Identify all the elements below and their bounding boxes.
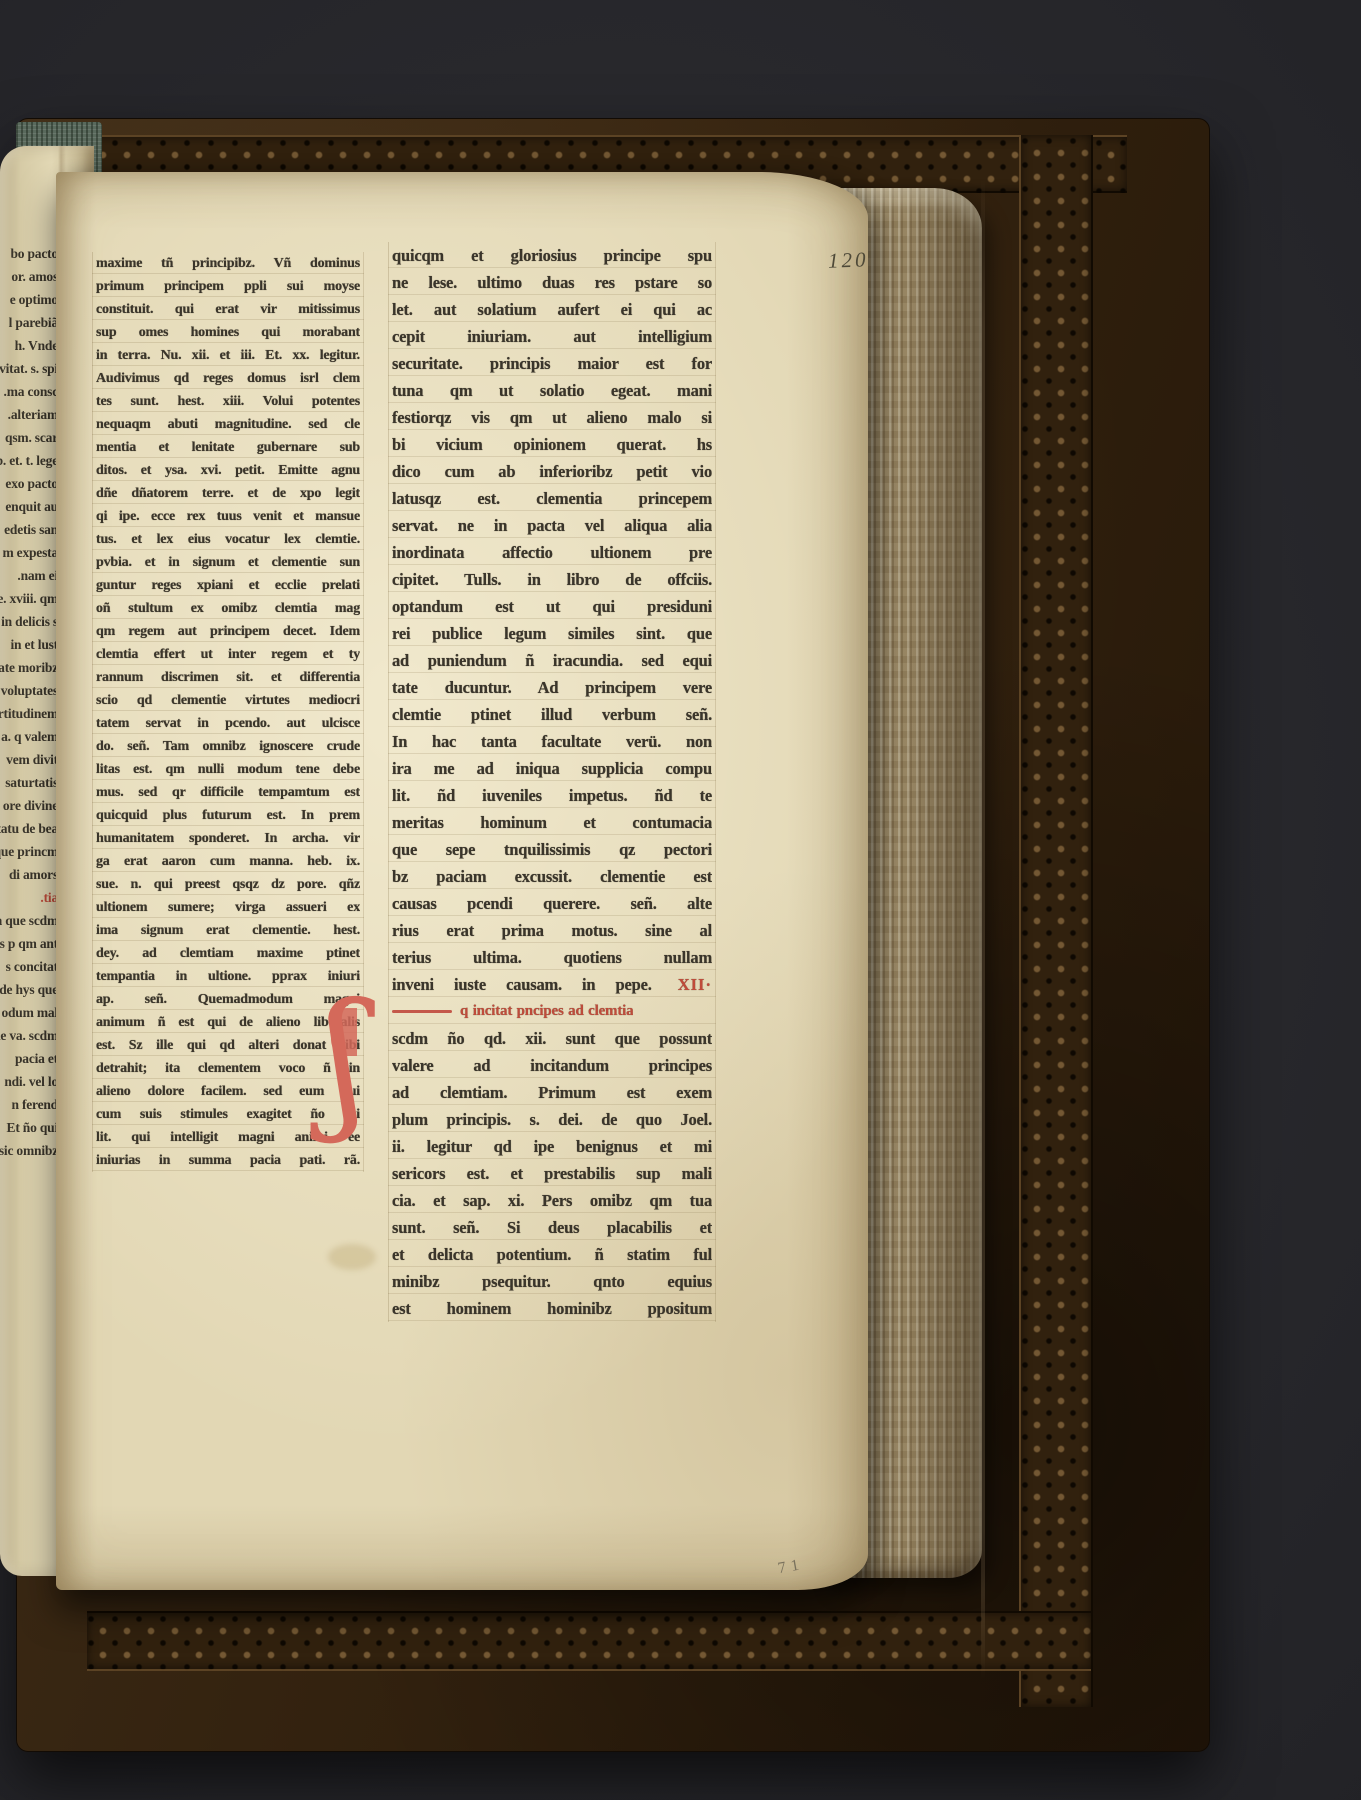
manuscript-text-line: animum ñ est qui de alieno liberalis <box>96 1011 360 1034</box>
page-stain <box>328 1244 376 1270</box>
manuscript-text-line: rei publice legum similes sint. que <box>392 620 712 647</box>
photo-backdrop: bo pactoor. amose optimol parebiãh. Vnde… <box>0 0 1361 1800</box>
manuscript-text-line: causas pcendi querere. señ. alte <box>392 890 712 917</box>
manuscript-text-line: mentia et lenitate gubernare sub <box>96 436 360 459</box>
manuscript-text-line: tatem servat in pcendo. aut ulcisce <box>96 712 360 735</box>
fragment-line: l parebiã <box>0 311 58 334</box>
manuscript-text-line: cipitet. Tulls. in libro de offciis. <box>392 566 712 593</box>
manuscript-text-line: mus. sed qr difficile tempamtum est <box>96 781 360 804</box>
manuscript-text-line: pvbia. et in signum et clementie sun <box>96 551 360 574</box>
fragment-line: ma consc. <box>0 380 58 403</box>
fragment-line: de hys que <box>0 978 58 1001</box>
manuscript-text-line: constituit. qui erat vir mitissimus <box>96 298 360 321</box>
manuscript-text-line: bz paciam excussit. clementie est <box>392 863 712 890</box>
fragment-line: sic omnibz <box>0 1139 58 1162</box>
manuscript-text-line: qm regem aut principem decet. Idem <box>96 620 360 643</box>
fragment-line: exo pacto <box>0 472 58 495</box>
fragment-line: saturtatis <box>0 771 58 794</box>
manuscript-text-line: sunt. señ. Si deus placabilis et <box>392 1214 712 1241</box>
manuscript-text-line: tempantia in ultione. pprax iniuri <box>96 965 360 988</box>
manuscript-text-line: nequaqm abuti magnitudine. sed cle <box>96 413 360 436</box>
fragment-line: ndi. vel lo <box>0 1070 58 1093</box>
manuscript-text-line: cum suis stimules exagitet ño psi <box>96 1103 360 1126</box>
fragment-line: is p qm ant <box>0 932 58 955</box>
fragment-line: Et ño qui <box>0 1116 58 1139</box>
fragment-line: tia. <box>0 886 58 909</box>
fragment-line: a que scdm <box>0 909 58 932</box>
manuscript-text-line: clemtia effert ut inter regem et ty <box>96 643 360 666</box>
manuscript-text-line: primum principem ppli sui moyse <box>96 275 360 298</box>
manuscript-text-line: tus. et lex eius vocatur lex clemtie. <box>96 528 360 551</box>
manuscript-text-line: ii. legitur qd ipe benignus et mi <box>392 1133 712 1160</box>
text-column-right: quicqm et gloriosius principe spune lese… <box>388 242 716 1322</box>
manuscript-text-line: scio qd clementie virtutes mediocri <box>96 689 360 712</box>
text-block-lower: scdm ño qd. xii. sunt que possuntvalere … <box>392 1025 712 1322</box>
manuscript-text-line: cia. et sap. xi. Pers omibz qm tua <box>392 1187 712 1214</box>
fragment-line: vitat. s. spi <box>0 357 58 380</box>
fragment-line: e. xviii. qm <box>0 587 58 610</box>
tooled-border-bottom <box>87 1611 1091 1671</box>
chapter-end-line: inveni iuste causam. in pepe. XII· <box>392 971 712 998</box>
fragment-line: m expesta <box>0 541 58 564</box>
fragment-line: alteriam. <box>0 403 58 426</box>
fragment-line: voluptates <box>0 679 58 702</box>
fragment-line: enquit au <box>0 495 58 518</box>
fragment-line: in delicis s <box>0 610 58 633</box>
previous-page-fragments: bo pactoor. amose optimol parebiãh. Vnde… <box>0 242 58 1162</box>
chapter-numeral: XII· <box>678 975 712 994</box>
manuscript-text-line: latusqz est. clementia princepem <box>392 485 712 512</box>
rubric-dash <box>392 1010 452 1013</box>
manuscript-text-line: quicquid plus futurum est. In prem <box>96 804 360 827</box>
manuscript-text-line: que sepe tnquilissimis qz pectori <box>392 836 712 863</box>
fragment-line: ate moribz <box>0 656 58 679</box>
manuscript-text-line: ne lese. ultimo duas res pstare so <box>392 269 712 296</box>
manuscript-text-line: In hac tanta facultate verü. non <box>392 728 712 755</box>
fragment-line: nam ei. <box>0 564 58 587</box>
manuscript-text-line: Audivimus qd reges domus isrl clem <box>96 367 360 390</box>
fragment-line: di amors <box>0 863 58 886</box>
manuscript-text-line: tes sunt. hest. xiii. Volui potentes <box>96 390 360 413</box>
fragment-line: s concitat <box>0 955 58 978</box>
manuscript-text-line: iniurias in summa pacia pati. rã. <box>96 1149 360 1172</box>
manuscript-text-line: humanitatem sponderet. In archa. vir <box>96 827 360 850</box>
text-column-left: maxime tñ principibz. Vñ dominusprimum p… <box>92 252 364 1172</box>
manuscript-text-line: maxime tñ principibz. Vñ dominus <box>96 252 360 275</box>
manuscript-text-line: in terra. Nu. xii. et iii. Et. xx. legit… <box>96 344 360 367</box>
fragment-line: b. et. t. lege <box>0 449 58 472</box>
manuscript-text-line: cepit iniuriam. aut intelligium <box>392 323 712 350</box>
manuscript-text-line: tuna qm ut solatio egeat. mani <box>392 377 712 404</box>
manuscript-text-line: ditos. et ysa. xvi. petit. Emitte agnu <box>96 459 360 482</box>
manuscript-text-line: lit. ñd iuveniles impetus. ñd te <box>392 782 712 809</box>
illuminated-initial: ʃ <box>325 984 366 1134</box>
manuscript-text-line: oñ stultum ex omibz clemtia mag <box>96 597 360 620</box>
fragment-line: odum mal <box>0 1001 58 1024</box>
manuscript-text-line: securitate. principis maior est for <box>392 350 712 377</box>
manuscript-text-line: inordinata affectio ultionem pre <box>392 539 712 566</box>
fragment-line: h. Vnde <box>0 334 58 357</box>
manuscript-text-line: ira me ad iniqua supplicia compu <box>392 755 712 782</box>
rubric-text: q incitat pncipes ad clemtia <box>460 998 633 1025</box>
fragment-line: vem divit <box>0 748 58 771</box>
manuscript-text-line: rius erat prima motus. sine al <box>392 917 712 944</box>
manuscript-text-line: dey. ad clemtiam maxime ptinet <box>96 942 360 965</box>
manuscript-text-line: est. Sz ille qui qd alteri donat sibi <box>96 1034 360 1057</box>
fragment-line: ore divine <box>0 794 58 817</box>
manuscript-text-line: meritas hominum et contumacia <box>392 809 712 836</box>
fragment-line: qsm. scar <box>0 426 58 449</box>
manuscript-text-line: tate ducuntur. Ad principem vere <box>392 674 712 701</box>
manuscript-text-line: terius ultima. quotiens nullam <box>392 944 712 971</box>
manuscript-text-line: do. señ. Tam omnibz ignoscere crude <box>96 735 360 758</box>
manuscript-text-line: alieno dolore facilem. sed eum qui <box>96 1080 360 1103</box>
manuscript-text-line: qi ipe. ecce rex tuus venit et mansue <box>96 505 360 528</box>
manuscript-text-line: clemtie ptinet illud verbum señ. <box>392 701 712 728</box>
manuscript-text-line: lit. qui intelligit magni animi ee <box>96 1126 360 1149</box>
manuscript-text-line: dico cum ab inferioribz petit vio <box>392 458 712 485</box>
manuscript-text-line: detrahit; ita clementem voco ñ in <box>96 1057 360 1080</box>
text-block-upper: quicqm et gloriosius principe spune lese… <box>392 242 712 971</box>
manuscript-text-line: guntur reges xpiani et ecclie prelati <box>96 574 360 597</box>
rubric-line: q incitat pncipes ad clemtia <box>392 998 712 1025</box>
manuscript-text-line: valere ad incitandum principes <box>392 1052 712 1079</box>
manuscript-text-line: dñe dñatorem terre. et de xpo legit <box>96 482 360 505</box>
manuscript-text-line: optandum est ut qui presiduni <box>392 593 712 620</box>
manuscript-text-line: sup omes homines qui morabant <box>96 321 360 344</box>
manuscript-text-line: plum principis. s. dei. de quo Joel. <box>392 1106 712 1133</box>
fragment-line: a. q valem <box>0 725 58 748</box>
manuscript-text-line: servat. ne in pacta vel aliqua alia <box>392 512 712 539</box>
manuscript-text-line: ap. señ. Quemadmodum magni <box>96 988 360 1011</box>
manuscript-text-line: let. aut solatium aufert ei qui ac <box>392 296 712 323</box>
chapter-end-text: inveni iuste causam. in pepe. <box>392 975 652 994</box>
manuscript-text-line: litas est. qm nulli modum tene debe <box>96 758 360 781</box>
fragment-line: in et lust <box>0 633 58 656</box>
manuscript-text-line: ad clemtiam. Primum est exem <box>392 1079 712 1106</box>
manuscript-text-line: ultionem sumere; virga assueri ex <box>96 896 360 919</box>
fragment-line: certitudinem. <box>0 702 58 725</box>
manuscript-page: 120 maxime tñ principibz. Vñ dominusprim… <box>56 172 868 1590</box>
pencil-folio-mark: 71 <box>777 1556 806 1578</box>
manuscript-text-line: ima signum erat clementie. hest. <box>96 919 360 942</box>
folio-number: 120 <box>828 247 869 273</box>
fragment-line: bo pacto <box>0 242 58 265</box>
fragment-line: or. amos <box>0 265 58 288</box>
manuscript-text-line: rannum discrimen sit. et differentia <box>96 666 360 689</box>
fragment-line: que princm <box>0 840 58 863</box>
manuscript-text-line: ga erat aaron cum manna. heb. ix. <box>96 850 360 873</box>
fragment-line: e optimo <box>0 288 58 311</box>
manuscript-text-line: minibz psequitur. qnto equius <box>392 1268 712 1295</box>
fragment-line: n ferend <box>0 1093 58 1116</box>
manuscript-text-line: quicqm et gloriosius principe spu <box>392 242 712 269</box>
manuscript-text-line: ad puniendum ñ iracundia. sed equi <box>392 647 712 674</box>
manuscript-text-line: festiorqz vis qm ut alieno malo si <box>392 404 712 431</box>
fragment-line: edetis san <box>0 518 58 541</box>
fragment-line: statu de bea <box>0 817 58 840</box>
manuscript-text-line: et delicta potentium. ñ statim ful <box>392 1241 712 1268</box>
manuscript-text-line: est hominem hominibz ppositum <box>392 1295 712 1322</box>
fragment-line: m de va. scdm <box>0 1024 58 1047</box>
manuscript-text-line: sericors est. et prestabilis sup mali <box>392 1160 712 1187</box>
fragment-line: pacia et <box>0 1047 58 1070</box>
manuscript-text-line: sue. n. qui preest qsqz dz pore. qñz <box>96 873 360 896</box>
manuscript-text-line: bi vicium opinionem querat. hs <box>392 431 712 458</box>
manuscript-text-line: scdm ño qd. xii. sunt que possunt <box>392 1025 712 1052</box>
tooled-border-right <box>1019 135 1093 1707</box>
